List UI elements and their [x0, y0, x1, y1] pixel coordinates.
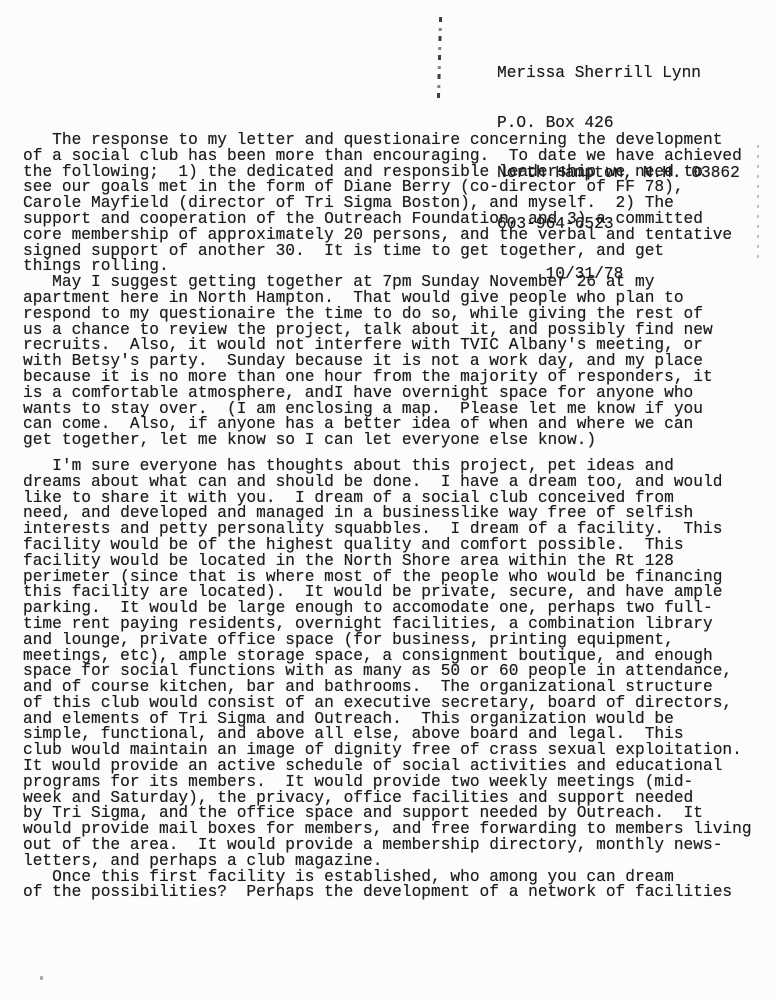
sender-po-box: P.O. Box 426 — [497, 115, 740, 132]
paragraph: The response to my letter and questionai… — [23, 133, 763, 275]
crease-mark — [437, 17, 442, 100]
text-line: of the possibilities? Perhaps the develo… — [23, 885, 763, 901]
text-line: get together, let me know so I can let e… — [23, 433, 763, 449]
ink-speck — [40, 976, 43, 980]
paragraph: I'm sure everyone has thoughts about thi… — [23, 459, 763, 870]
paragraph: Once this first facility is established,… — [23, 870, 763, 902]
sender-name: Merissa Sherrill Lynn — [497, 65, 740, 82]
page: Merissa Sherrill Lynn P.O. Box 426 North… — [0, 0, 776, 1000]
letter-body: The response to my letter and questionai… — [23, 133, 763, 901]
paragraph: May I suggest getting together at 7pm Su… — [23, 275, 763, 449]
